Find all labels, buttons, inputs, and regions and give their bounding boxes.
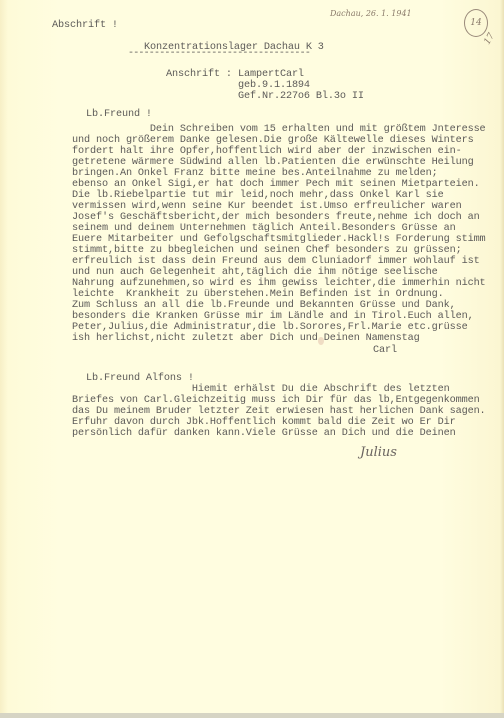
letter2-line: Hiemit erhälst Du die Abschrift des letz… xyxy=(72,384,450,395)
abschrift-label: Abschrift ! xyxy=(52,20,118,31)
letter1-line: leichte Krankheit zu überstehen.Mein Bef… xyxy=(72,289,444,300)
letter1-line: vermissen wird,wenn seine Kur beendet is… xyxy=(72,201,462,212)
letter1-line: besonders die Kranken Grüsse mir im Länd… xyxy=(72,311,474,322)
page-number-alt: 17 xyxy=(483,32,497,47)
document-page: Dachau, 26. 1. 1941 14 17 Abschrift ! Ko… xyxy=(0,0,504,718)
letter1-line: Euere Mitarbeiter und Gefolgschaftsmitgl… xyxy=(72,234,486,245)
letter1-line: fordert halt ihre Opfer,hoffentlich wird… xyxy=(72,146,462,157)
letter1-line: und noch größerem Danke gelesen.Die groß… xyxy=(72,135,474,146)
letter1-line: Peter,Julius,die Administratur,die lb.So… xyxy=(72,322,468,333)
letter1-line: Zum Schluss an all die lb.Freunde und Be… xyxy=(72,300,456,311)
date-annotation: Dachau, 26. 1. 1941 xyxy=(330,9,412,18)
letter1-signature: Carl xyxy=(373,345,397,356)
letter1-line: erfreulich ist dass dein Freund aus dem … xyxy=(72,256,480,267)
letter1-line: ebenso an Onkel Sigi,er hat doch immer P… xyxy=(72,179,480,190)
handwritten-signature: Julius xyxy=(360,445,397,460)
letter2-line: Erfuhr davon durch Jbk.Hoffentlich kommt… xyxy=(72,417,456,428)
letter1-line: Die lb.Riebelpartie tut mir leid,noch me… xyxy=(72,190,444,201)
letter1-line: ish herlichst,nicht zuletzt aber Dich un… xyxy=(72,333,420,344)
address-name: LampertCarl xyxy=(238,69,304,80)
letter1-line: und nun auch Gelegenheit aht,täglich die… xyxy=(72,267,438,278)
letter1-line: seinem und deinem Unternehmen täglich An… xyxy=(72,223,456,234)
letter1-line: getretene wärmere Südwind allen lb.Patie… xyxy=(72,157,474,168)
letter1-line: Josef's Geschäftsbericht,der mich besond… xyxy=(72,212,480,223)
letter2-salutation: Lb.Freund Alfons ! xyxy=(86,373,194,384)
ink-smudge xyxy=(318,337,324,345)
letter1-line: Dein Schreiben vom 15 erhalten und mit g… xyxy=(72,124,486,135)
page-number-circled: 14 xyxy=(464,9,488,37)
letter1-line: stimmt,bitte zu bbegleichen und seinen C… xyxy=(72,245,462,256)
address-prisoner-number: Gef.Nr.227o6 Bl.3o II xyxy=(238,91,364,102)
letter1-line: Nahrung aufzunehmen,so wird es ihm gewis… xyxy=(72,278,486,289)
letter2-line: persönlich dafür danken kann.Viele Grüss… xyxy=(72,428,456,439)
letter1-line: bringen.An Onkel Franz bitte meine bes.A… xyxy=(72,168,438,179)
address-label: Anschrift : xyxy=(166,69,232,80)
title-underline: ----------------------------------- xyxy=(128,48,310,59)
letter2-line: Briefes von Carl.Gleichzeitig muss ich D… xyxy=(72,395,480,406)
letter2-line: das Du meinem Bruder letzter Zeit erwies… xyxy=(72,406,486,417)
letter1-salutation: Lb.Freund ! xyxy=(86,109,152,120)
address-birth: geb.9.1.1894 xyxy=(238,80,310,91)
page-bottom-edge xyxy=(0,713,504,718)
